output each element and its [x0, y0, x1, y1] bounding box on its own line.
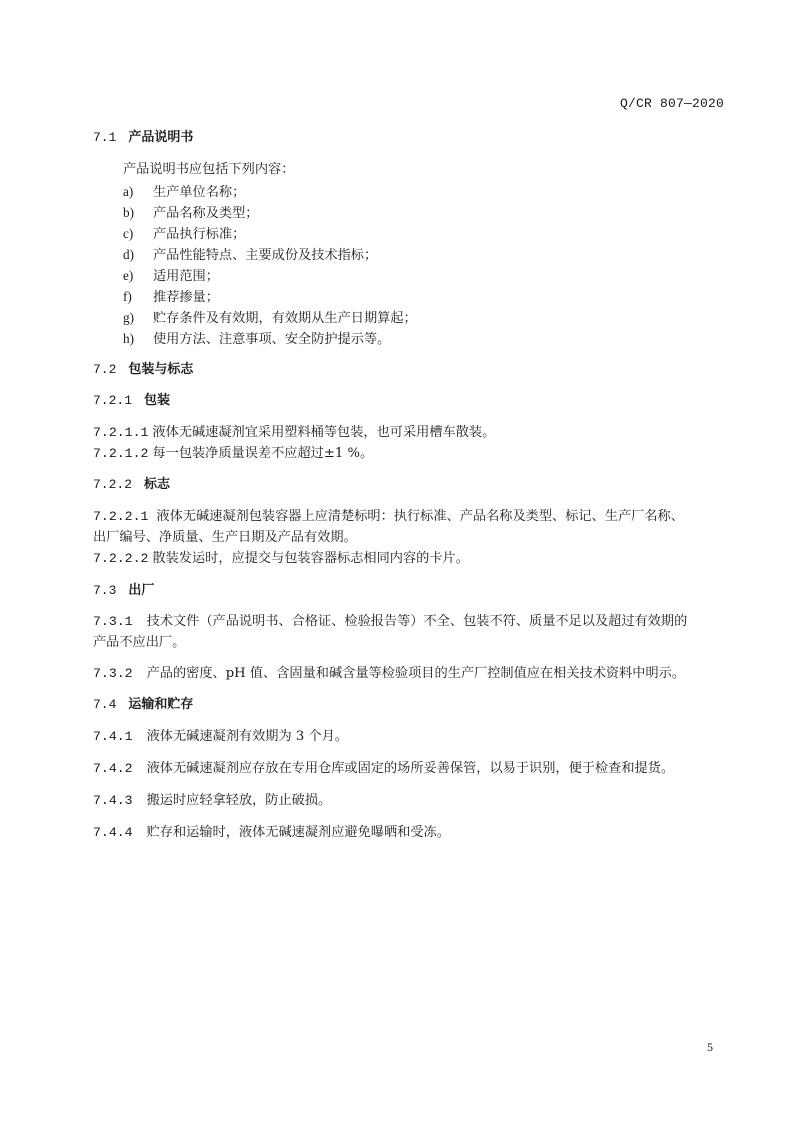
- clause-7-2-2-2: 7.2.2.2散装发运时，应提交与包装容器标志相同内容的卡片。: [93, 549, 469, 569]
- section-heading-7-2-2: 7.2.2标志: [93, 475, 170, 495]
- section-heading-7-4: 7.4运输和贮存: [93, 695, 193, 715]
- clause-text: 产品的密度、pH 值、含固量和碱含量等检验项目的生产厂控制值应在相关技术资料中明…: [147, 666, 685, 681]
- clause-text: 贮存和运输时，液体无碱速凝剂应避免曝晒和受冻。: [147, 825, 450, 840]
- section-title: 产品说明书: [128, 130, 193, 145]
- clause-7-3-2: 7.3.2产品的密度、pH 值、含固量和碱含量等检验项目的生产厂控制值应在相关技…: [93, 664, 685, 684]
- list-item-text: 贮存条件及有效期，有效期从生产日期算起；: [153, 311, 417, 326]
- section-title: 包装: [144, 393, 170, 408]
- list-item-text: 使用方法、注意事项、安全防护提示等。: [153, 332, 390, 347]
- list-item-text: 生产单位名称；: [153, 185, 245, 200]
- clause-7-4-1: 7.4.1液体无碱速凝剂有效期为 3 个月。: [93, 727, 348, 747]
- clause-7-4-2: 7.4.2液体无碱速凝剂应存放在专用仓库或固定的场所妥善保管，以易于识别，便于检…: [93, 759, 674, 779]
- list-item: h)使用方法、注意事项、安全防护提示等。: [123, 329, 390, 350]
- clause-number: 7.4.1: [93, 729, 133, 744]
- section-number: 7.4: [93, 695, 116, 715]
- intro-text: 产品说明书应包括下列内容：: [123, 160, 294, 180]
- list-item-label: f): [123, 287, 153, 307]
- section-heading-7-2-1: 7.2.1包装: [93, 391, 170, 411]
- clause-text: 液体无碱速凝剂有效期为 3 个月。: [147, 729, 348, 744]
- list-item-label: h): [123, 329, 153, 349]
- list-item: c)产品执行标准；: [123, 224, 245, 245]
- clause-number: 7.4.3: [93, 793, 133, 808]
- clause-text: 搬运时应轻拿轻放，防止破损。: [147, 793, 332, 808]
- section-title: 运输和贮存: [128, 697, 193, 712]
- list-item-label: d): [123, 245, 153, 265]
- clause-7-4-4: 7.4.4贮存和运输时，液体无碱速凝剂应避免曝晒和受冻。: [93, 823, 450, 843]
- clause-7-3-1: 7.3.1技术文件（产品说明书、合格证、检验报告等）不全、包装不符、质量不足以及…: [93, 612, 687, 632]
- document-code: Q/CR 807—2020: [620, 96, 724, 111]
- section-title: 标志: [144, 477, 170, 492]
- list-item: f)推荐掺量；: [123, 287, 219, 308]
- list-item-text: 产品执行标准；: [153, 227, 245, 242]
- section-number: 7.3: [93, 581, 116, 601]
- clause-text: 技术文件（产品说明书、合格证、检验报告等）不全、包装不符、质量不足以及超过有效期…: [147, 614, 688, 629]
- clause-number: 7.2.2.2: [93, 551, 148, 566]
- clause-7-2-2-1-cont: 出厂编号、净质量、生产日期及产品有效期。: [93, 528, 357, 548]
- list-item-label: a): [123, 182, 153, 202]
- section-heading-7-3: 7.3出厂: [93, 581, 154, 601]
- clause-7-2-1-2: 7.2.1.2每一包装净质量误差不应超过±1 %。: [93, 444, 373, 464]
- clause-text: 液体无碱速凝剂应存放在专用仓库或固定的场所妥善保管，以易于识别，便于检查和提货。: [147, 761, 675, 776]
- list-item-label: c): [123, 224, 153, 244]
- list-item: e)适用范围；: [123, 266, 219, 287]
- clause-number: 7.4.2: [93, 761, 133, 776]
- clause-number: 7.2.1.2: [93, 446, 148, 461]
- list-item-label: b): [123, 203, 153, 223]
- list-item-text: 产品名称及类型；: [153, 206, 259, 221]
- clause-number: 7.3.2: [93, 666, 133, 681]
- clause-7-2-2-1: 7.2.2.1液体无碱速凝剂包装容器上应清楚标明：执行标准、产品名称及类型、标记…: [93, 507, 684, 527]
- clause-number: 7.3.1: [93, 614, 133, 629]
- clause-number: 7.2.2.1: [93, 509, 148, 524]
- list-item: d)产品性能特点、主要成份及技术指标；: [123, 245, 377, 266]
- section-number: 7.2.1: [93, 391, 132, 411]
- clause-text: 液体无碱速凝剂宜采用塑料桶等包装，也可采用槽车散装。: [152, 425, 495, 440]
- clause-7-3-1-cont: 产品不应出厂。: [93, 633, 185, 653]
- section-heading-7-2: 7.2包装与标志: [93, 360, 193, 380]
- list-item: a)生产单位名称；: [123, 182, 245, 203]
- clause-number: 7.2.1.1: [93, 425, 148, 440]
- section-heading-7-1: 7.1产品说明书: [93, 128, 193, 148]
- section-title: 出厂: [128, 583, 154, 598]
- section-title: 包装与标志: [128, 362, 193, 377]
- list-item-label: e): [123, 266, 153, 286]
- clause-7-2-1-1: 7.2.1.1液体无碱速凝剂宜采用塑料桶等包装，也可采用槽车散装。: [93, 423, 495, 443]
- section-number: 7.2: [93, 360, 116, 380]
- clause-text: 散装发运时，应提交与包装容器标志相同内容的卡片。: [152, 551, 469, 566]
- clause-number: 7.4.4: [93, 825, 133, 840]
- list-item-text: 产品性能特点、主要成份及技术指标；: [153, 248, 377, 263]
- list-item-label: g): [123, 308, 153, 328]
- clause-text: 每一包装净质量误差不应超过±1 %。: [152, 446, 373, 461]
- list-item: b)产品名称及类型；: [123, 203, 259, 224]
- page-number: 5: [707, 1040, 713, 1055]
- list-item-text: 推荐掺量；: [153, 290, 219, 305]
- list-item: g)贮存条件及有效期，有效期从生产日期算起；: [123, 308, 417, 329]
- clause-text: 液体无碱速凝剂包装容器上应清楚标明：执行标准、产品名称及类型、标记、生产厂名称、: [156, 509, 684, 524]
- section-number: 7.2.2: [93, 475, 132, 495]
- section-number: 7.1: [93, 128, 116, 148]
- clause-7-4-3: 7.4.3搬运时应轻拿轻放，防止破损。: [93, 791, 331, 811]
- list-item-text: 适用范围；: [153, 269, 219, 284]
